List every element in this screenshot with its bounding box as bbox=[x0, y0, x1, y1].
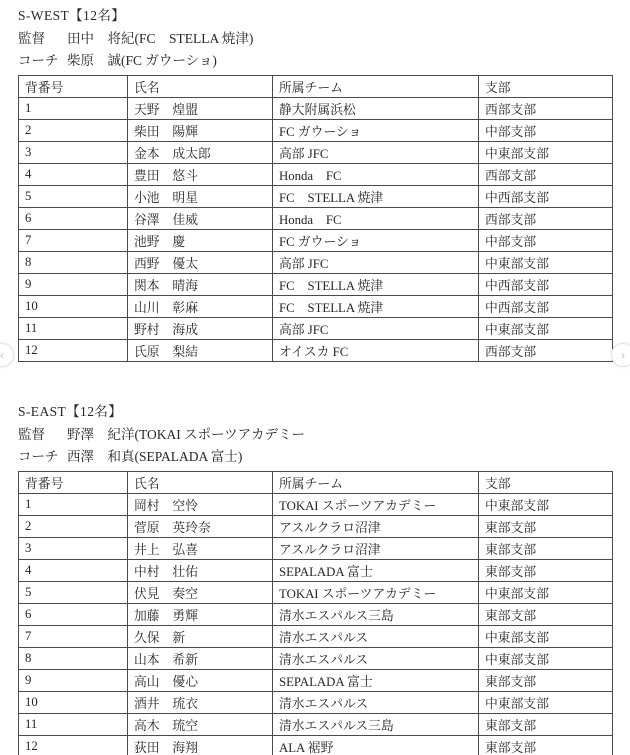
table-row: 6加藤 勇輝清水エスパルス三島東部支部 bbox=[19, 604, 613, 626]
table-cell: 9 bbox=[19, 274, 128, 296]
manager-line: 監督野澤 紀洋(TOKAI スポーツアカデミー bbox=[18, 427, 612, 443]
roster-table-s-west: 背番号 氏名 所属チーム 支部 1天野 煌盟静大附属浜松西部支部2柴田 陽輝FC… bbox=[18, 75, 613, 362]
table-cell: 野村 海成 bbox=[128, 318, 273, 340]
table-row: 4中村 壮佑SEPALADA 富士東部支部 bbox=[19, 560, 613, 582]
table-cell: 荻田 海翔 bbox=[128, 736, 273, 755]
table-row: 2菅原 英玲奈アスルクラロ沼津東部支部 bbox=[19, 516, 613, 538]
column-header-number: 背番号 bbox=[19, 472, 128, 494]
table-cell: 東部支部 bbox=[479, 516, 613, 538]
column-header-team: 所属チーム bbox=[273, 472, 479, 494]
document-content: S-WEST【12名】 監督田中 将紀(FC STELLA 焼津) コーチ柴原 … bbox=[0, 0, 630, 755]
table-cell: 高木 琉空 bbox=[128, 714, 273, 736]
column-header-branch: 支部 bbox=[479, 76, 613, 98]
table-cell: FC STELLA 焼津 bbox=[273, 274, 479, 296]
manager-label: 監督 bbox=[18, 427, 67, 443]
table-row: 3金本 成太郎高部 JFC中東部支部 bbox=[19, 142, 613, 164]
table-cell: 7 bbox=[19, 230, 128, 252]
table-row: 9高山 優心SEPALADA 富士東部支部 bbox=[19, 670, 613, 692]
table-cell: FC ガウーショ bbox=[273, 120, 479, 142]
table-row: 6谷澤 佳威Honda FC西部支部 bbox=[19, 208, 613, 230]
table-cell: アスルクラロ沼津 bbox=[273, 538, 479, 560]
table-cell: 中部支部 bbox=[479, 230, 613, 252]
table-cell: FC STELLA 焼津 bbox=[273, 186, 479, 208]
table-cell: 4 bbox=[19, 560, 128, 582]
table-cell: アスルクラロ沼津 bbox=[273, 516, 479, 538]
section-title: S-WEST【12名】 bbox=[18, 8, 612, 24]
table-cell: 中東部支部 bbox=[479, 252, 613, 274]
table-cell: 東部支部 bbox=[479, 670, 613, 692]
table-cell: 柴田 陽輝 bbox=[128, 120, 273, 142]
section-s-west: S-WEST【12名】 監督田中 将紀(FC STELLA 焼津) コーチ柴原 … bbox=[18, 8, 612, 362]
table-cell: 6 bbox=[19, 604, 128, 626]
table-row: 4豊田 悠斗Honda FC西部支部 bbox=[19, 164, 613, 186]
table-cell: SEPALADA 富士 bbox=[273, 670, 479, 692]
table-cell: 伏見 奏空 bbox=[128, 582, 273, 604]
table-cell: 5 bbox=[19, 186, 128, 208]
manager-name: 野澤 紀洋(TOKAI スポーツアカデミー bbox=[67, 427, 305, 442]
table-cell: 10 bbox=[19, 692, 128, 714]
table-cell: 3 bbox=[19, 142, 128, 164]
column-header-branch: 支部 bbox=[479, 472, 613, 494]
table-cell: 西部支部 bbox=[479, 208, 613, 230]
table-cell: 7 bbox=[19, 626, 128, 648]
table-row: 7池野 慶FC ガウーショ中部支部 bbox=[19, 230, 613, 252]
table-cell: 9 bbox=[19, 670, 128, 692]
table-cell: 菅原 英玲奈 bbox=[128, 516, 273, 538]
table-cell: 10 bbox=[19, 296, 128, 318]
table-row: 7久保 新清水エスパルス中東部支部 bbox=[19, 626, 613, 648]
document-page: S-WEST【12名】 監督田中 将紀(FC STELLA 焼津) コーチ柴原 … bbox=[0, 0, 630, 755]
table-row: 12荻田 海翔ALA 裾野東部支部 bbox=[19, 736, 613, 755]
table-cell: FC ガウーショ bbox=[273, 230, 479, 252]
table-cell: 11 bbox=[19, 318, 128, 340]
table-cell: 東部支部 bbox=[479, 560, 613, 582]
column-header-team: 所属チーム bbox=[273, 76, 479, 98]
table-cell: 山本 希新 bbox=[128, 648, 273, 670]
roster-table-s-east: 背番号 氏名 所属チーム 支部 1岡村 空怜TOKAI スポーツアカデミー中東部… bbox=[18, 471, 613, 755]
table-cell: 高山 優心 bbox=[128, 670, 273, 692]
table-cell: 岡村 空怜 bbox=[128, 494, 273, 516]
table-cell: 山川 彰麻 bbox=[128, 296, 273, 318]
table-cell: 中東部支部 bbox=[479, 692, 613, 714]
table-row: 10酒井 琉衣清水エスパルス中東部支部 bbox=[19, 692, 613, 714]
table-cell: FC STELLA 焼津 bbox=[273, 296, 479, 318]
coach-label: コーチ bbox=[18, 53, 67, 69]
table-cell: 1 bbox=[19, 98, 128, 120]
table-cell: 豊田 悠斗 bbox=[128, 164, 273, 186]
table-row: 11高木 琉空清水エスパルス三島東部支部 bbox=[19, 714, 613, 736]
table-cell: 8 bbox=[19, 252, 128, 274]
table-cell: 1 bbox=[19, 494, 128, 516]
chevron-left-icon: ‹ bbox=[0, 348, 5, 363]
table-cell: 中西部支部 bbox=[479, 274, 613, 296]
table-cell: 12 bbox=[19, 736, 128, 755]
table-cell: 清水エスパルス bbox=[273, 626, 479, 648]
table-cell: 井上 弘喜 bbox=[128, 538, 273, 560]
section-title: S-EAST【12名】 bbox=[18, 404, 612, 420]
table-cell: 6 bbox=[19, 208, 128, 230]
table-row: 5小池 明星FC STELLA 焼津中西部支部 bbox=[19, 186, 613, 208]
table-cell: 中部支部 bbox=[479, 120, 613, 142]
coach-line: コーチ西澤 和真(SEPALADA 富士) bbox=[18, 449, 612, 465]
table-cell: 中東部支部 bbox=[479, 582, 613, 604]
table-row: 3井上 弘喜アスルクラロ沼津東部支部 bbox=[19, 538, 613, 560]
table-cell: 清水エスパルス bbox=[273, 648, 479, 670]
table-cell: 西野 優太 bbox=[128, 252, 273, 274]
table-cell: 中東部支部 bbox=[479, 626, 613, 648]
table-cell: Honda FC bbox=[273, 208, 479, 230]
table-cell: 中西部支部 bbox=[479, 186, 613, 208]
manager-line: 監督田中 将紀(FC STELLA 焼津) bbox=[18, 31, 612, 47]
table-cell: TOKAI スポーツアカデミー bbox=[273, 494, 479, 516]
table-cell: 西部支部 bbox=[479, 164, 613, 186]
table-cell: 東部支部 bbox=[479, 736, 613, 755]
table-cell: 池野 慶 bbox=[128, 230, 273, 252]
table-cell: 金本 成太郎 bbox=[128, 142, 273, 164]
table-cell: 天野 煌盟 bbox=[128, 98, 273, 120]
coach-label: コーチ bbox=[18, 449, 67, 465]
table-cell: 5 bbox=[19, 582, 128, 604]
table-cell: SEPALADA 富士 bbox=[273, 560, 479, 582]
table-row: 2柴田 陽輝FC ガウーショ中部支部 bbox=[19, 120, 613, 142]
table-cell: 中東部支部 bbox=[479, 494, 613, 516]
table-cell: ALA 裾野 bbox=[273, 736, 479, 755]
table-cell: 静大附属浜松 bbox=[273, 98, 479, 120]
manager-name: 田中 将紀(FC STELLA 焼津) bbox=[67, 31, 253, 46]
table-cell: 西部支部 bbox=[479, 340, 613, 362]
table-cell: 関本 晴海 bbox=[128, 274, 273, 296]
coach-name: 西澤 和真(SEPALADA 富士) bbox=[67, 449, 242, 464]
table-cell: 東部支部 bbox=[479, 538, 613, 560]
table-cell: 3 bbox=[19, 538, 128, 560]
section-s-east: S-EAST【12名】 監督野澤 紀洋(TOKAI スポーツアカデミー コーチ西… bbox=[18, 404, 612, 755]
table-cell: 2 bbox=[19, 120, 128, 142]
table-cell: 高部 JFC bbox=[273, 252, 479, 274]
table-cell: 谷澤 佳威 bbox=[128, 208, 273, 230]
table-cell: 東部支部 bbox=[479, 604, 613, 626]
table-cell: 高部 JFC bbox=[273, 318, 479, 340]
table-row: 9関本 晴海FC STELLA 焼津中西部支部 bbox=[19, 274, 613, 296]
table-cell: 中西部支部 bbox=[479, 296, 613, 318]
table-header-row: 背番号 氏名 所属チーム 支部 bbox=[19, 472, 613, 494]
chevron-right-icon: › bbox=[621, 348, 626, 363]
table-row: 12氏原 梨結オイスカ FC西部支部 bbox=[19, 340, 613, 362]
table-header-row: 背番号 氏名 所属チーム 支部 bbox=[19, 76, 613, 98]
table-cell: 4 bbox=[19, 164, 128, 186]
column-header-name: 氏名 bbox=[128, 472, 273, 494]
table-cell: 中東部支部 bbox=[479, 648, 613, 670]
table-cell: 12 bbox=[19, 340, 128, 362]
table-cell: 小池 明星 bbox=[128, 186, 273, 208]
carousel-next-button[interactable]: › bbox=[611, 343, 630, 367]
table-cell: Honda FC bbox=[273, 164, 479, 186]
coach-name: 柴原 誠(FC ガウーショ) bbox=[67, 53, 217, 68]
table-cell: 中村 壮佑 bbox=[128, 560, 273, 582]
table-cell: 11 bbox=[19, 714, 128, 736]
table-row: 8西野 優太高部 JFC中東部支部 bbox=[19, 252, 613, 274]
table-row: 11野村 海成高部 JFC中東部支部 bbox=[19, 318, 613, 340]
table-cell: 久保 新 bbox=[128, 626, 273, 648]
table-row: 1天野 煌盟静大附属浜松西部支部 bbox=[19, 98, 613, 120]
table-row: 10山川 彰麻FC STELLA 焼津中西部支部 bbox=[19, 296, 613, 318]
manager-label: 監督 bbox=[18, 31, 67, 47]
table-cell: 8 bbox=[19, 648, 128, 670]
table-cell: 中東部支部 bbox=[479, 318, 613, 340]
table-cell: 清水エスパルス bbox=[273, 692, 479, 714]
table-cell: 東部支部 bbox=[479, 714, 613, 736]
table-row: 1岡村 空怜TOKAI スポーツアカデミー中東部支部 bbox=[19, 494, 613, 516]
table-cell: 氏原 梨結 bbox=[128, 340, 273, 362]
table-cell: 西部支部 bbox=[479, 98, 613, 120]
table-row: 8山本 希新清水エスパルス中東部支部 bbox=[19, 648, 613, 670]
table-cell: オイスカ FC bbox=[273, 340, 479, 362]
table-cell: 中東部支部 bbox=[479, 142, 613, 164]
table-cell: 2 bbox=[19, 516, 128, 538]
table-cell: 酒井 琉衣 bbox=[128, 692, 273, 714]
column-header-name: 氏名 bbox=[128, 76, 273, 98]
table-cell: 清水エスパルス三島 bbox=[273, 714, 479, 736]
coach-line: コーチ柴原 誠(FC ガウーショ) bbox=[18, 53, 612, 69]
table-cell: 清水エスパルス三島 bbox=[273, 604, 479, 626]
table-cell: 高部 JFC bbox=[273, 142, 479, 164]
table-cell: TOKAI スポーツアカデミー bbox=[273, 582, 479, 604]
table-cell: 加藤 勇輝 bbox=[128, 604, 273, 626]
column-header-number: 背番号 bbox=[19, 76, 128, 98]
table-row: 5伏見 奏空TOKAI スポーツアカデミー中東部支部 bbox=[19, 582, 613, 604]
